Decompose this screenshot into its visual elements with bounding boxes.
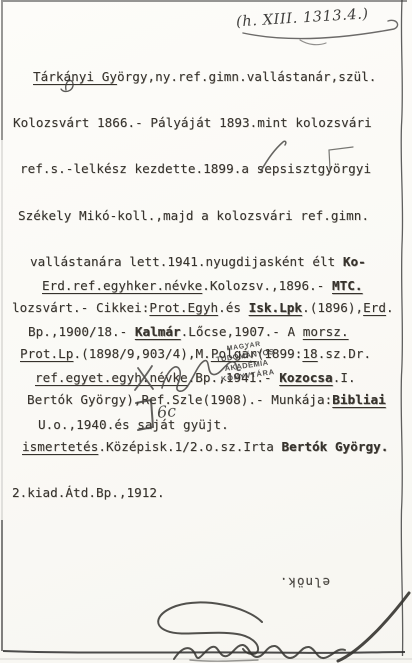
text-segment: Kolozsvárt 1866.- Pályáját 1893.mint kol… (13, 115, 372, 130)
text-line: Székely Mikó-koll.,majd a kolozsvári ref… (0, 208, 412, 224)
pencil-shelf-code: 6c (156, 401, 177, 422)
source-title: Erd.ref.egyhker.névke (42, 278, 202, 293)
text-segment: Székely Mikó-koll.,majd a kolozsvári ref… (18, 208, 369, 223)
text-segment: 2.kiad.Átd.Bp.,1912. (12, 485, 165, 500)
text-segment: ref.s.-lelkész kezdette.1899.a sepsisztg… (20, 161, 371, 176)
text-segment: örgy,ny.ref.gimn.vallástanár,szül. (117, 69, 377, 84)
text-line: Kolozsvárt 1866.- Pályáját 1893.mint kol… (0, 115, 412, 131)
text-line: Tárkányi György,ny.ref.gimn.vallástanár,… (0, 69, 412, 85)
text-line: Bp.,1900/18.- Kalmár.Lőcse,1907.- A mors… (0, 324, 412, 340)
person-name: Tárkányi Gy (33, 69, 117, 84)
source-title: MTC. (332, 278, 363, 293)
text-segment: U.o.,1940.és saját gyüjt. (38, 417, 229, 432)
text-segment: .I. (333, 370, 356, 385)
source-title: morsz. (303, 324, 349, 339)
text-line: U.o.,1940.és saját gyüjt. (0, 417, 412, 433)
text-line: Erd.ref.egyhker.névke.Kolozsv.,1896.- MT… (0, 278, 412, 294)
scanned-catalog-card: (h. XIII. 1313.4.) Tárkányi György,ny.re… (0, 0, 412, 663)
source-title: Kalmár (135, 324, 181, 339)
text-line: 2.kiad.Átd.Bp.,1912. (0, 485, 412, 501)
text-segment: .Kolozsv.,1896.- (202, 278, 332, 293)
text-segment: Bp.,1900/18.- (28, 324, 135, 339)
handwritten-classification-note: (h. XIII. 1313.4.) (236, 4, 412, 31)
upside-down-elnok-text: elnök. (279, 575, 330, 590)
signature (158, 593, 409, 661)
source-title: ref.egyet.egyh.névke (35, 370, 188, 385)
text-line: ref.s.-lelkész kezdette.1899.a sepsisztg… (0, 161, 412, 177)
